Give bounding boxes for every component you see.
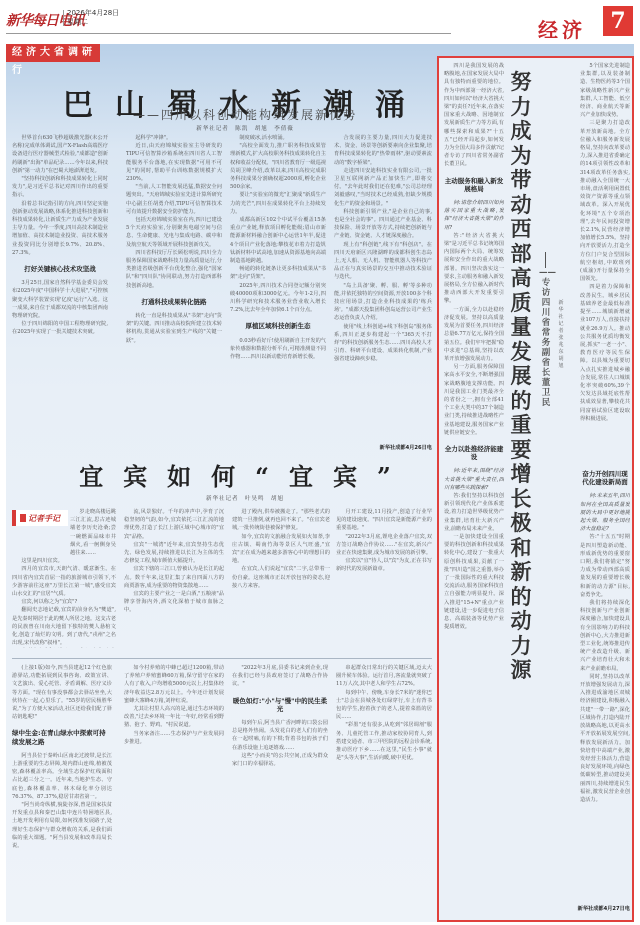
paragraph: 答:我们坚持以科技创新引领现代化产业体系建设,着力打造世界级优势产业集群,培育壮…	[444, 492, 504, 533]
paragraph: 答:"十五五"时期是四川塑造新动能、形成新优势的重要窗口期,我们将锚定"努力成为…	[580, 533, 630, 599]
paragraph: 我们将持续深化科技创新与产业创新深度融合,加快建设具有全国影响力的科技创新中心,…	[580, 599, 630, 673]
paragraph: 2025年,四川技术合同登记额分别突破40000项和3000亿元。今年1-2月,…	[230, 282, 326, 315]
paragraph: 走进四川安迪科技实业有限公司,一批卫星互联网新产品正加快生产,即将交付。"去年此…	[334, 167, 432, 208]
paragraph: 阿当县位于秦岭山区南北过渡带,是长江上游重要的生态屏障,境内群山连绵,植被茂密,…	[12, 752, 112, 801]
article3-column-2: 如今村养殖的中蜂已超过1200箱,带动了养殖户养殖蜜蜂60万箱,保守留守在家的人…	[124, 664, 224, 922]
paragraph: 一是加快建设全国重要的科技创新和科技成果转化中心,建设了一批重大原创科技成果,贡…	[444, 533, 504, 631]
paragraph: 制度破冰,活水喷涌。	[230, 134, 326, 142]
subheading: 打通科技成果转化链路	[126, 298, 222, 306]
paragraph: 要让"实验室的微光"汇聚成"新质生产力的光芒",四川在成果转化平台上持续发力。	[230, 191, 326, 216]
interview-column-left: 四川是我国发展的战略腹地,在国家发展大局中具有独特而重要的地位。作为中西部第一经…	[444, 62, 504, 918]
interview-byline: 新华社记者 张兆东 胡旭	[557, 300, 565, 370]
article3-column-4: 串起群众日常出行的关键区域,迈太大圈升候车体验。运行首月,客流量就突破了11万人…	[336, 664, 432, 922]
paragraph: 转化一直是科技成果从"书架"走向"货架"的关键。四川推动高校院所建立技术转移机构…	[126, 312, 222, 345]
issue-date: 2026年4月28日 星期二	[67, 9, 119, 27]
paragraph: 当务家备注……生态保护与产业发展同步推进。	[124, 730, 224, 746]
paragraph: 世界首台630飞秒超级激光器(未公开名称)完成单体调试,国产X-Flash高端医…	[12, 134, 108, 175]
article1-column-1: 世界首台630飞秒超级激光器(未公开名称)完成单体调试,国产X-Flash高端医…	[12, 134, 108, 452]
question: 问:近年来,围绕"经济大省挑大梁"重大责任,四川有哪些实践探索?	[444, 467, 504, 492]
paragraph: "岛上具备'聚、孵、服、孵'等多种功能,并依托独特的空间资源,开放100多个科技…	[334, 282, 432, 323]
paragraph: 在宜宾,人们说起"宜宾"二字,总带着一份自豪。这座城市正以开放包容的姿态,迎接八…	[232, 565, 330, 590]
paragraph: (上接1版)如今,四当县建起12个红色旅游驿站,功能拓展到民事咨询、政策宣讲、文…	[12, 664, 112, 721]
paragraph: 这里是四川宜宾。	[12, 557, 116, 565]
paragraph: "2022年3月底,县委书记来到企业,现在我们已经与县政府签订了战略合作协议。"	[232, 664, 328, 689]
article1-column-4: 合发展的主要力量,四川大力促进技术、资金、场景等创新要素向企业集聚,培育科技成果…	[334, 134, 432, 452]
paragraph: 一方面,全力以赴稳经济促发展。坚持以高质量发展为首要任务,四川经济总量6.77万…	[444, 306, 504, 363]
paragraph: 宜宾下辖的三江口,曾被认为是长江的起点。数千年来,这里汇集了来自四面八方的商贾游…	[124, 565, 224, 590]
subheading: 主动服务和融入新发展格局	[444, 177, 504, 193]
paragraph: 5个国家先进制造业集群,以及装备制造、生物医药等3个国家级战略性新兴产业集群,人…	[580, 62, 630, 119]
paragraph: 月开工建设,11月投产,创造了行业罕见的建设速度。"四川宜宾是新能源产业的重要基…	[336, 508, 432, 533]
paragraph: 每到中午、傍晚,车身长7米的"迷你巴士"总会在县城各处红绿穿行,车上有背书包的学…	[336, 689, 432, 722]
subheading: 绿中生金:在青山绿水中探索可持续发展之路	[12, 729, 112, 745]
paragraph: 四是着力保障和改善民生。城乡居民基础养老金最低标准提至……城镇新增就业107万人…	[580, 283, 630, 422]
paragraph: 包括天府锦城实验室在内,四川已建设5个天府实验室,分别聚焦电磁空间与信息、生命健…	[126, 216, 222, 249]
paragraph: "阿当尚奇纵横,貌陡谷深,曾是国家扶贫开发重点县和秦巴山集中连片特困地区县,土地…	[12, 801, 112, 850]
article2-column-1: 岁走晓高楼远眺三江汇流,思古迹城墙老李历史沧桑;尝一碗燃面品味市井烟火,看一舸侧…	[12, 508, 116, 648]
subheading: 暖色如灯:"小"与"慢"中的民生柔光	[232, 697, 328, 713]
article1-byline: 新华社记者 陈凯 胡旭 李倩薇	[60, 124, 430, 132]
weekday-text: 星期二	[67, 18, 119, 27]
paragraph: 沿着总书记指引的方向,四川坚定实施创新驱动发展战略,体系化推进科技创新和科技成果…	[12, 200, 108, 257]
article2-byline: 新华社记者 叶昊鸣 胡旭	[60, 494, 430, 502]
paragraph: 宜宾"一城湾"近年来,宜宾坚持生态优先、绿色发展,持续推进以长江为主体的生态修复…	[124, 541, 224, 566]
paragraph: 如今村养殖的中蜂已超过1200箱,带动了养殖户养殖蜜蜂60万箱,保守留守在家的人…	[124, 664, 224, 705]
paragraph: 直到北宋政和四年(1114年),"宜宾"之名正式出现。从古至今,兼容并蓄的"宜宾…	[12, 647, 116, 648]
subheading: 全力以赴推经济能建设	[444, 445, 504, 461]
paragraph: 使用"线上科创通+线下科创岛"服务体系,四川正逐步构建起一个"365天不打烊"的…	[334, 323, 432, 364]
subheading: 奋力开创四川现代化建设新局面	[580, 470, 630, 486]
paragraph: "2022年3月底,锂电企业落户宜宾,双方签订战略合作协议……"在宜宾,新兴产业…	[336, 533, 432, 558]
article1-dateline: 新华社成都4月26日电	[334, 444, 432, 452]
paragraph: 这些"小而美"的公共空间,正成为群众家门口的幸福驿站。	[232, 752, 328, 768]
paragraph: "当前,人工智能发展迅猛,数据安全问题突出。"天府锦城实验室先进计算所研究中心副…	[126, 183, 222, 216]
paragraph: 串起群众日常出行的关键区域,迈太大圈升候车体验。运行首月,客流量就突破了11万人…	[336, 664, 432, 689]
paragraph: 现上有"科创链",线下有"科创店"。在四川天府新区兴隆湖畔的成都科创生态岛上,无…	[334, 241, 432, 282]
paragraph: 宜宾,何以称之为"宜宾"?	[12, 598, 116, 606]
article1-column-3: 制度破冰,活水喷涌。 "高校全面发力,推广职务科技成果管理新模式,扩大高校职务科…	[230, 134, 326, 452]
article-divider	[12, 658, 432, 659]
paragraph: 岁走晓高楼远眺三江汇流,思古迹城墙老李历史沧桑;尝一碗燃面品味市井烟火,看一舸侧…	[12, 508, 116, 557]
paragraph: 科技创新引领产业,"是企业自己的事,也是全社会的事"。四川通过产业基金、科技保险…	[334, 208, 432, 241]
paragraph: 同时,坚持以改革开放增强发展动力,深入推进成渝地区双城经济圈建设,积极融入共建"…	[580, 673, 630, 804]
article3-column-3: "2022年3月底,县委书记来到企业,现在我们已经与县政府签订了战略合作协议。"…	[232, 664, 328, 922]
paragraph: 起科学"冲锋"。	[126, 134, 222, 142]
article2-column-4: 月开工建设,11月投产,创造了行业罕见的建设速度。"四川宜宾是新能源产业的重要基…	[336, 508, 432, 648]
interview-column-right-bottom: 奋力开创四川现代化建设新局面 问:未来五年,四川如何在全国高质量发展的大局中更好…	[512, 462, 630, 918]
section-tag: 经济大省调研行	[6, 44, 100, 62]
paragraph: 进了殿内,供奉被搬走了。"那些老式的建筑一旦推倒,就再也回不来了。"在宜宾老城,…	[232, 508, 330, 533]
article2-column-2: 流,风景独好。千年的冲声中,孕育了沉稳坚韧的气韵,如今,宜宾依托三江汇流的地理优…	[124, 508, 224, 648]
paragraph: 四川省科技厅厅长顾松明说,四川全力服务保障国家战略科技力量高质量运行,分类推进省…	[126, 249, 222, 290]
article1-dateline-wrap: 新华社成都4月26日电	[334, 444, 432, 454]
article2-headline[interactable]: 宜宾如何“宜宾”	[60, 457, 430, 492]
article1-column-2: 起科学"冲锋"。 近日,由天府锦城实验室主导研发的TIPU可信智算沙箱系统在四川…	[126, 134, 222, 452]
article1-subhead: ——四川以科创动能构筑发展新优势	[60, 106, 430, 123]
paragraph: "高校全面发力,推广职务科技成果管理新模式,扩大高校职务科技成果转化自主权和收益…	[230, 142, 326, 191]
paragraph: 如今,宜宾的文旅融合发展如火如荼,李庄古镇、蜀南竹海等景区人气旺盛,"宜宾"正在…	[232, 533, 330, 566]
interview-subtitle: ——专访四川省常务副省长董卫民	[539, 268, 553, 408]
interview-dateline: 新华社成都4月27日电	[512, 905, 630, 913]
paragraph: 四月的宜宾市,天朗气清、暖意渐生。在四川省内宜宾首屈一指的旅游城市引领下,不少游…	[12, 565, 116, 598]
paragraph: 答:"经济大省挑大梁"是习近平总书记统筹国内国际两个大局、统筹发展和安全作出的重…	[444, 232, 504, 306]
paragraph: 成都高新区102个中试平台覆盖15条重点产业链,释放项目孵化能级;眉山市新能源新…	[230, 216, 326, 265]
interview-column-right-top: 5个国家先进制造业集群,以及装备制造、生物医药等3个国家级战略性新兴产业集群,人…	[580, 62, 630, 462]
masthead: 新华每日电讯 2026年4月28日 星期二 经济 7	[0, 0, 640, 44]
paragraph: 每到午后,阿当县广香河畔的口袋公园总是格外热闹。头发花白的老人们有的坐在一起唠嗑…	[232, 719, 328, 752]
page-number-badge: 7	[603, 6, 633, 36]
paragraph: 0.03秒看好斤!使用刷新自主开发的气象传感器和数据分析平台,可精准测量不同作物…	[230, 337, 326, 362]
interview-dateline-wrap: 新华社成都4月27日电	[512, 905, 630, 917]
paragraph: 流,风景独好。千年的冲声中,孕育了沉稳坚韧的气韵,如今,宜宾依托三江汇流的地理优…	[124, 508, 224, 541]
article2-column-3: 进了殿内,供奉被搬走了。"那些老式的建筑一旦推倒,就再也回不来了。"在宜宾老城,…	[232, 508, 330, 648]
section-name: 经济	[538, 14, 586, 43]
paragraph: 宜宾的主要产业之一是白酒,"五粮液"品牌享誉海内外,酒文化深植于城市血脉之中。	[124, 590, 224, 615]
paragraph: "坚持科技创新和科技成果转化上同时发力",是习近平总书记对四川作出的重要指示。	[12, 175, 108, 200]
paragraph: 畅通的转化链条让更多科技成果从"书架"走向"货架"。	[230, 265, 326, 281]
paragraph: "彩墨"还有很多,从吃到"邻居调剂"服务、儿童托管工作,推动家校协同育人,到搭建…	[336, 721, 432, 762]
subtitle-dash	[545, 252, 546, 268]
paragraph: 宜宾以"宜"待人,以"宾"为友,正在书写新时代的发展新篇章。	[336, 557, 432, 573]
article3-column-1: (上接1版)如今,四当县建起12个红色旅游驿站,功能拓展到民事咨询、政策宣讲、文…	[12, 664, 112, 922]
paragraph: 合发展的主要力量,四川大力促进技术、资金、场景等创新要素向企业集聚,培育科技成果…	[334, 134, 432, 167]
paragraph: 三是聚力打造改革开放新高地。全方位融入和服务新发展格局,坚持向改革要动力,深入推…	[580, 119, 630, 283]
date-text: 2026年4月28日	[67, 9, 119, 18]
paragraph: 尤其让村里人高兴的是,通过生态环境的改善,"过去乡环境一年比一年好,经常看到野猪…	[124, 705, 224, 730]
subheading: 厚植区域科技创新生态	[230, 322, 326, 330]
paragraph: 近日,由天府锦城实验室主导研发的TIPU可信智算沙箱系统在四川省人工智能服务平台…	[126, 142, 222, 183]
paragraph: 四川是我国发展的战略腹地,在国家发展大局中具有独特而重要的地位。作为中西部第一经…	[444, 62, 504, 169]
question: 问:未来五年,四川如何在全国高质量发展的大局中更好地挑起大梁、服务全国经济大盘稳…	[580, 492, 630, 533]
paragraph: 3月25日,国家自然科学基金委员会发布2025年度"中国科学十大进展","可控核…	[12, 279, 108, 320]
paragraph: 位于四川绵阳的中国工程物理研究院,在2025年实现了一批关键技术突破。	[12, 320, 108, 336]
paragraph: 翻阅史志地记载,宜宾的前身名为"僰道",是先秦时期居于此的僰人所居之地。这支古老…	[12, 606, 116, 647]
paragraph: 另一方面,服务保障国家高水平安全,不断增强国家战略腹地支撑功能。四川是我国工业门…	[444, 363, 504, 437]
question: 问:请您介绍四川如何落实国家重大战略,发挥"经济大省挑大梁"的作用?	[444, 199, 504, 232]
subheading: 打好关键核心技术攻坚战	[12, 265, 108, 273]
masthead-rule	[6, 33, 451, 34]
masthead-divider	[63, 10, 64, 26]
